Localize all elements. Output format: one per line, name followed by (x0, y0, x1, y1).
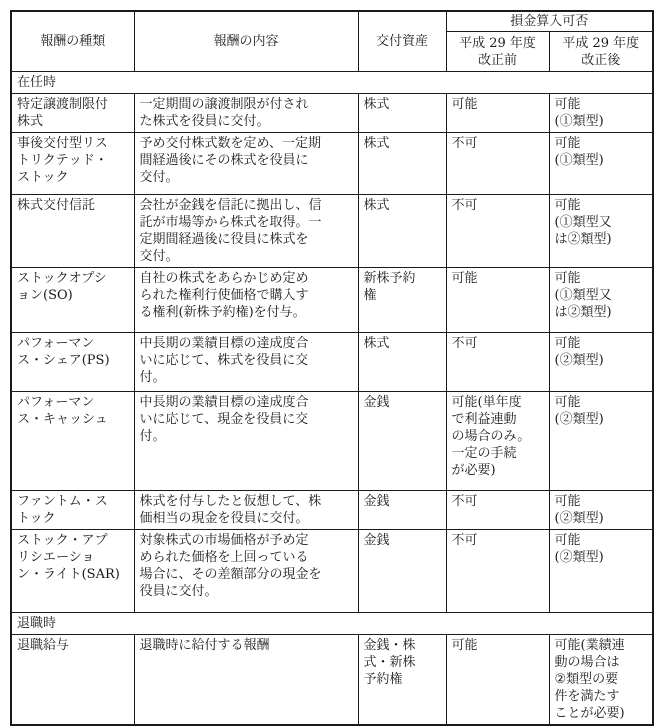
before-reform-cell: 不可 (446, 195, 549, 268)
after-reform-cell: 可能 (②類型) (549, 392, 653, 491)
after-reform-cell: 可能 (①類型又 は②類型) (549, 268, 653, 333)
section-header-row: 在任時 (11, 72, 653, 94)
table-row: ストックオプシ ョン(SO)自社の株式をあらかじめ定め られた権利行使価格で購入… (11, 268, 653, 333)
content-cell: 予め交付株式数を定め、一定期 間経過後にその株式を役員に 交付。 (134, 133, 358, 195)
type-cell: 退職給与 (11, 635, 134, 726)
asset-cell: 金銭・株 式・新株 予約権 (358, 635, 446, 726)
header-type: 報酬の種類 (11, 11, 134, 72)
before-reform-cell: 不可 (446, 491, 549, 530)
before-reform-cell: 可能 (446, 94, 549, 133)
after-reform-cell: 可能 (②類型) (549, 491, 653, 530)
type-cell: パフォーマン ス・シェア(PS) (11, 333, 134, 392)
type-cell: 事後交付型リス トリクテッド・ ストック (11, 133, 134, 195)
type-cell: パフォーマン ス・キャッシュ (11, 392, 134, 491)
content-cell: 株式を付与したと仮想して、株 価相当の現金を役員に交付。 (134, 491, 358, 530)
content-cell: 中長期の業績目標の達成度合 いに応じて、現金を役員に交 付。 (134, 392, 358, 491)
after-reform-cell: 可能 (①類型又 は②類型) (549, 195, 653, 268)
table-row: パフォーマン ス・キャッシュ中長期の業績目標の達成度合 いに応じて、現金を役員に… (11, 392, 653, 491)
section-title: 在任時 (11, 72, 653, 94)
table-row: パフォーマン ス・シェア(PS)中長期の業績目標の達成度合 いに応じて、株式を役… (11, 333, 653, 392)
table-row: 事後交付型リス トリクテッド・ ストック予め交付株式数を定め、一定期 間経過後に… (11, 133, 653, 195)
asset-cell: 金銭 (358, 530, 446, 613)
content-cell: 自社の株式をあらかじめ定め られた権利行使価格で購入す る権利(新株予約権)を付… (134, 268, 358, 333)
after-reform-cell: 可能 (②類型) (549, 530, 653, 613)
after-reform-cell: 可能(業績連 動の場合は ②類型の要 件を満たす ことが必要) (549, 635, 653, 726)
table-row: 特定譲渡制限付 株式一定期間の譲渡制限が付され た株式を役員に交付。株式可能可能… (11, 94, 653, 133)
header-after-reform: 平成 29 年度 改正後 (549, 32, 653, 72)
type-cell: 株式交付信託 (11, 195, 134, 268)
type-cell: 特定譲渡制限付 株式 (11, 94, 134, 133)
before-reform-cell: 不可 (446, 133, 549, 195)
asset-cell: 新株予約 権 (358, 268, 446, 333)
table-row: ストック・アプ リシエーショ ン・ライト(SAR)対象株式の市場価格が予め定 め… (11, 530, 653, 613)
asset-cell: 金銭 (358, 392, 446, 491)
before-reform-cell: 不可 (446, 530, 549, 613)
after-reform-cell: 可能 (②類型) (549, 333, 653, 392)
type-cell: ストック・アプ リシエーショ ン・ライト(SAR) (11, 530, 134, 613)
content-cell: 中長期の業績目標の達成度合 いに応じて、株式を役員に交 付。 (134, 333, 358, 392)
type-cell: ストックオプシ ョン(SO) (11, 268, 134, 333)
asset-cell: 金銭 (358, 491, 446, 530)
table-header: 報酬の種類 報酬の内容 交付資産 損金算入可否 平成 29 年度 改正前 平成 … (11, 11, 653, 72)
table-row: 株式交付信託会社が金銭を信託に拠出し、信 託が市場等から株式を取得。一 定期間経… (11, 195, 653, 268)
content-cell: 会社が金銭を信託に拠出し、信 託が市場等から株式を取得。一 定期間経過後に役員に… (134, 195, 358, 268)
type-cell: ファントム・ス トック (11, 491, 134, 530)
compensation-deductibility-table: 報酬の種類 報酬の内容 交付資産 損金算入可否 平成 29 年度 改正前 平成 … (10, 10, 654, 726)
before-reform-cell: 可能(単年度 で利益連動 の場合のみ。 一定の手続 が必要) (446, 392, 549, 491)
asset-cell: 株式 (358, 195, 446, 268)
header-deductibility-group: 損金算入可否 (446, 11, 653, 32)
asset-cell: 株式 (358, 333, 446, 392)
content-cell: 一定期間の譲渡制限が付され た株式を役員に交付。 (134, 94, 358, 133)
asset-cell: 株式 (358, 94, 446, 133)
before-reform-cell: 不可 (446, 333, 549, 392)
table-body: 在任時特定譲渡制限付 株式一定期間の譲渡制限が付され た株式を役員に交付。株式可… (11, 72, 653, 726)
section-title: 退職時 (11, 613, 653, 635)
header-row-group: 報酬の種類 報酬の内容 交付資産 損金算入可否 (11, 11, 653, 32)
after-reform-cell: 可能 (①類型) (549, 133, 653, 195)
document-page: 報酬の種類 報酬の内容 交付資産 損金算入可否 平成 29 年度 改正前 平成 … (0, 0, 656, 722)
after-reform-cell: 可能 (①類型) (549, 94, 653, 133)
section-header-row: 退職時 (11, 613, 653, 635)
table-row: ファントム・ス トック株式を付与したと仮想して、株 価相当の現金を役員に交付。金… (11, 491, 653, 530)
header-before-reform: 平成 29 年度 改正前 (446, 32, 549, 72)
header-asset: 交付資産 (358, 11, 446, 72)
content-cell: 退職時に給付する報酬 (134, 635, 358, 726)
table-row: 退職給与退職時に給付する報酬金銭・株 式・新株 予約権可能可能(業績連 動の場合… (11, 635, 653, 726)
before-reform-cell: 可能 (446, 268, 549, 333)
content-cell: 対象株式の市場価格が予め定 められた価格を上回っている 場合に、その差額部分の現… (134, 530, 358, 613)
asset-cell: 株式 (358, 133, 446, 195)
before-reform-cell: 可能 (446, 635, 549, 726)
header-content: 報酬の内容 (134, 11, 358, 72)
